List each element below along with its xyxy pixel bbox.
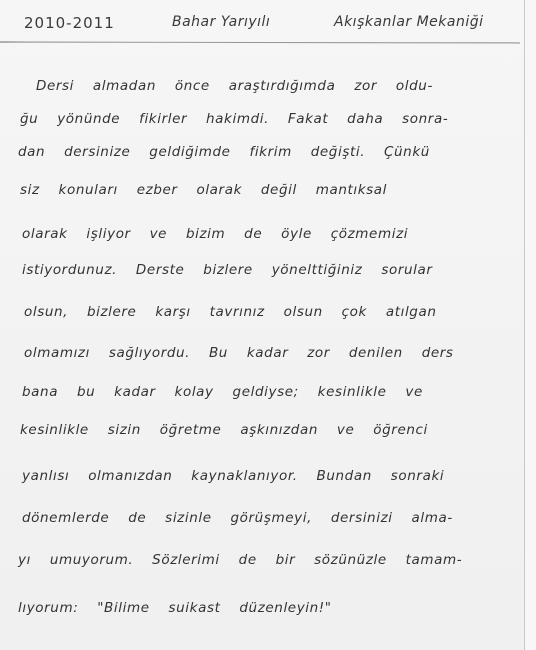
text-line: siz konuları ezber olarak değil mantıksa… bbox=[20, 182, 536, 198]
text-line: dönemlerde de sizinle görüşmeyi, dersini… bbox=[22, 510, 536, 526]
text-line: yanlısı olmanızdan kaynaklanıyor. Bundan… bbox=[22, 468, 536, 484]
text-line: olsun, bizlere karşı tavrınız olsun çok … bbox=[24, 304, 536, 320]
text-line: kesinlikle sizin öğretme aşkınızdan ve ö… bbox=[20, 422, 536, 438]
text-line: istiyordunuz. Derste bizlere yönelttiğin… bbox=[22, 262, 536, 278]
text-line: bana bu kadar kolay geldiyse; kesinlikle… bbox=[22, 384, 536, 400]
text-line: olmamızı sağlıyordu. Bu kadar zor denile… bbox=[24, 345, 536, 361]
text-line: olarak işliyor ve bizim de öyle çözmemiz… bbox=[22, 226, 536, 242]
text-line: ğu yönünde fikirler hakimdi. Fakat daha … bbox=[20, 111, 536, 127]
handwritten-letter: Dersi almadan önce araştırdığımda zor ol… bbox=[0, 0, 524, 650]
text-line: lıyorum: "Bilime suikast düzenleyin!" bbox=[18, 600, 536, 616]
text-line: Dersi almadan önce araştırdığımda zor ol… bbox=[36, 78, 524, 94]
text-line: yı umuyorum. Sözlerimi de bir sözünüzle … bbox=[18, 552, 536, 568]
text-line: dan dersinize geldiğimde fikrim değişti.… bbox=[18, 144, 536, 160]
